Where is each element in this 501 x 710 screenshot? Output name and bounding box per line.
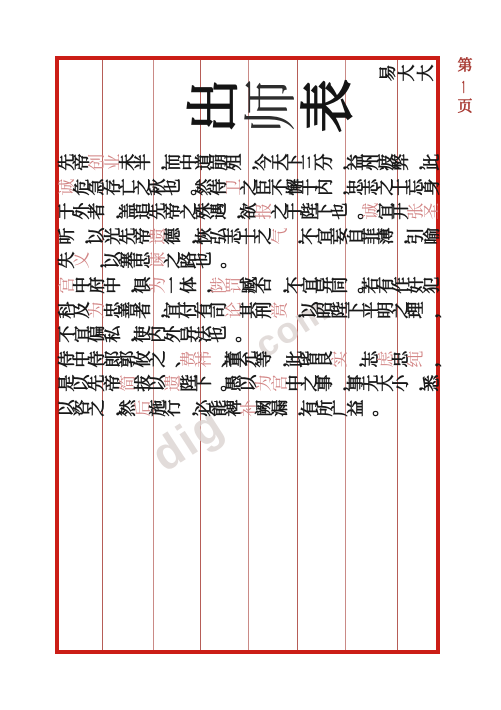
body-char: 。: [207, 254, 231, 269]
page-number-char: 第: [455, 58, 475, 75]
title-char: 表: [300, 78, 358, 135]
body-char: 悉: [420, 377, 444, 392]
body-row: 先帝创业未半，而中道崩殂，今天下三分，益州疲弊，此: [60, 151, 440, 175]
body-char: ，: [420, 303, 444, 318]
body-char: ，: [420, 352, 444, 367]
body-row: 诚危急存亡之秋也。然侍卫之臣不懈于内，忠志之士忘身: [60, 176, 440, 200]
body-char: 。: [223, 328, 247, 343]
page-number-label: 第一页: [455, 58, 475, 121]
body-row: 以咨之，然后施行，必能裨补阙漏，有所广益。: [60, 397, 379, 421]
manuscript-page: digcom 出师表 易大大 先帝创业未半，而中道崩殂，今天下三分，益州疲弊，此…: [0, 0, 501, 710]
body-char: 喻: [420, 229, 444, 244]
author-char: 易: [379, 64, 399, 83]
page-number-char: 一: [458, 77, 472, 97]
body-char: 圣: [420, 205, 444, 220]
title-char: 出: [186, 78, 244, 135]
body-char: 此: [420, 155, 444, 170]
body-row: 于外者，盖追先帝之殊遇，欲报之于陛下也。诚宜开张圣: [60, 200, 440, 224]
author-char: 大: [417, 64, 437, 83]
body-row: 听，以光先帝遗德，恢弘志士之气，不宜妄自菲薄，引喻: [60, 225, 440, 249]
body-row: 宫中府中，俱为一体，陟罚臧否，不宜异同。若有作奸犯: [60, 274, 440, 298]
author-char: 大: [398, 64, 418, 83]
page-number-char: 页: [455, 99, 475, 116]
body-row: 失义，以塞忠谏之路也。: [60, 249, 227, 273]
author-name: 易大大: [379, 63, 436, 83]
body-row: 不宜偏私，使内外异法也。: [60, 323, 242, 347]
body-row: 科及为忠善者，宜付有司论其刑赏，以昭陛下平明之理，: [60, 299, 440, 323]
body-char: 身: [420, 180, 444, 195]
title-char: 师: [243, 78, 301, 135]
page-title: 出师表: [186, 77, 357, 135]
body-char: 犯: [420, 278, 444, 293]
body-row: 是以先帝简拔以遗陛下。愚以为宫中之事，事无大小，悉: [60, 372, 440, 396]
body-char: 。: [359, 401, 383, 416]
body-row: 侍中侍郎郭攸之、费祎、董允等，此皆良实，志虑忠纯，: [60, 348, 440, 372]
